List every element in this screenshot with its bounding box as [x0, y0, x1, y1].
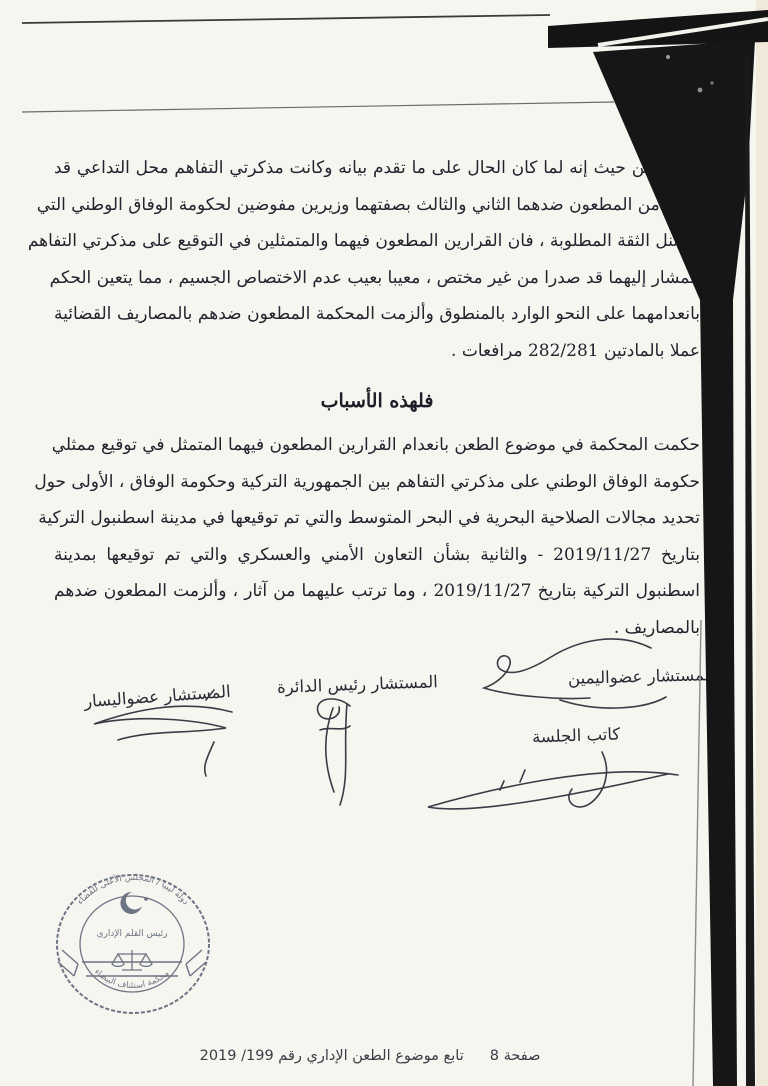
- paragraph-line: ومن حيث إنه لما كان الحال على ما تقدم بي…: [54, 150, 700, 187]
- page-footer: صفحة 8تابع موضوع الطعن الإداري رقم 199/ …: [150, 1048, 590, 1064]
- presiding-judge-signature-label: المستشار رئيس الدائرة: [277, 672, 438, 697]
- verdict-heading: فلهذه الأسباب: [54, 383, 700, 419]
- page-edge-line: [693, 620, 701, 1086]
- stamp-ribbon: [58, 950, 206, 976]
- paragraph-line: اسطنبول التركية بتاريخ 2019/11/27 ، وما …: [54, 573, 700, 610]
- stamp-inner-ring: [80, 896, 184, 992]
- stamp-title-text: دولة ليبيا / المجلس الأعلى للقضاء: [76, 873, 191, 907]
- scan-speck: [710, 81, 713, 84]
- star-icon: [144, 897, 148, 901]
- paragraph-line: بتاريخ 2019/11/27 - والثانية بشأن التعاو…: [54, 537, 700, 574]
- judgment-text-block: ومن حيث إنه لما كان الحال على ما تقدم بي…: [54, 150, 700, 646]
- stamp-middle-text: رئيس القلم الإداري: [96, 929, 167, 939]
- stamp-bottom-text: محكمة استئناف البيضاء: [92, 967, 171, 991]
- paragraph-line: بالمصاريف .: [54, 610, 700, 647]
- paragraph-line: حكومة الوفاق الوطني على مذكرتي التفاهم ب…: [54, 464, 700, 501]
- page-number-label: صفحة 8: [490, 1048, 541, 1064]
- presiding-judge-signature-ink: [318, 699, 350, 805]
- right-member-signature-label: المستشار عضواليمين: [568, 665, 715, 688]
- scales-of-justice-icon: [112, 950, 152, 970]
- scanned-court-document-page: ومن حيث إنه لما كان الحال على ما تقدم بي…: [0, 0, 768, 1086]
- right-member-signature-ink: [560, 697, 666, 708]
- case-reference-label: تابع موضوع الطعن الإداري رقم 199/ 2019: [200, 1048, 464, 1064]
- scan-speck: [666, 55, 670, 59]
- scan-fold-line-second: [22, 102, 614, 112]
- crescent-icon: [120, 892, 142, 914]
- scan-edge-strip: [756, 0, 768, 1086]
- scan-speck: [698, 88, 703, 93]
- paragraph-line: حكمت المحكمة في موضوع الطعن بانعدام القر…: [54, 427, 700, 464]
- stamp-outer-ring: [57, 875, 209, 1013]
- paragraph-line: وقعتا من المطعون ضدهما الثاني والثالث بص…: [54, 187, 700, 224]
- paragraph-line: عملا بالمادتين 282/281 مرافعات .: [54, 333, 700, 370]
- paragraph-line: المشار إليهما قد صدرا من غير مختص ، معيب…: [54, 260, 700, 297]
- reasoning-paragraph: ومن حيث إنه لما كان الحال على ما تقدم بي…: [54, 150, 700, 369]
- scan-dark-line-right: [745, 58, 755, 1086]
- session-clerk-signature-label: كاتب الجلسة: [532, 724, 621, 746]
- left-member-signature-label: المستشار عضواليسار: [84, 682, 232, 711]
- clerk-signature-ink: [428, 752, 678, 809]
- verdict-paragraph: حكمت المحكمة في موضوع الطعن بانعدام القر…: [54, 427, 700, 646]
- scan-fold-line-top: [22, 15, 550, 23]
- scan-white-streak: [598, 19, 768, 45]
- paragraph-line: تحديد مجالات الصلاحية البحرية في البحر ا…: [54, 500, 700, 537]
- paragraph-line: بانعدامهما على النحو الوارد بالمنطوق وأل…: [54, 296, 700, 333]
- paragraph-line: لم تنل الثقة المطلوبة ، فان القرارين الم…: [54, 223, 700, 260]
- scan-dark-band-top: [548, 10, 768, 48]
